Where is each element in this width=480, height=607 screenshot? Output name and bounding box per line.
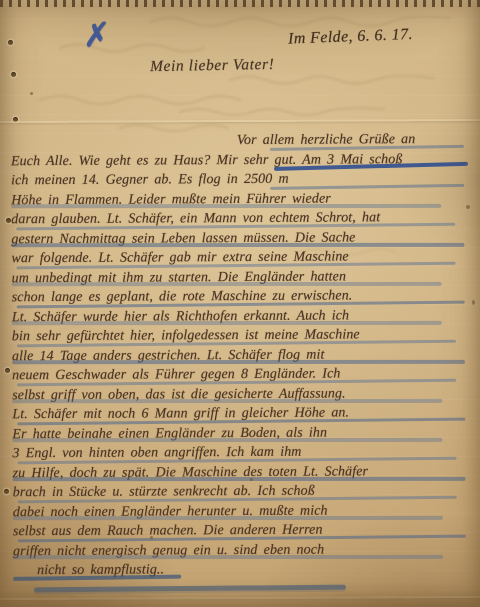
letter-line: neuem Geschwader als Führer gegen 8 Engl… xyxy=(12,364,474,386)
letter-line: Er hatte beinahe einen Engländer zu Bode… xyxy=(12,422,474,444)
letter-line: 3 Engl. von hinten oben angriffen. Ich k… xyxy=(12,442,474,464)
letter-line: ich meinen 14. Gegner ab. Es flog in 250… xyxy=(11,169,473,191)
letter-line: Vor allem herzliche Grüße an xyxy=(11,130,473,152)
blue-x-mark: ✗ xyxy=(84,16,110,55)
letter-line: Höhe in Flammen. Leider mußte mein Führe… xyxy=(11,188,473,210)
paper-speck xyxy=(250,478,253,481)
letter-body: Vor allem herzliche Grüße anEuch Alle. W… xyxy=(11,130,475,581)
letter-line: gestern Nachmittag sein Leben lassen müs… xyxy=(11,227,473,249)
paper-speck xyxy=(30,92,33,95)
letter-line: selbst griff von oben, das ist die gesic… xyxy=(12,383,474,405)
letter-line: dabei noch einen Engländer herunter u. m… xyxy=(13,500,475,522)
letter-line: schon lange es geplant, die rote Maschin… xyxy=(12,286,474,308)
letter-line: brach in Stücke u. stürzte senkrecht ab.… xyxy=(13,481,475,503)
paper-speck xyxy=(150,536,153,539)
letter-line: Lt. Schäfer wurde hier als Richthofen er… xyxy=(12,305,474,327)
letter-line: um unbedingt mit ihm zu starten. Die Eng… xyxy=(12,266,474,288)
paper-speck xyxy=(466,205,470,209)
letter-line: zu Hilfe, doch zu spät. Die Maschine des… xyxy=(13,461,475,483)
letter-line: daran glauben. Lt. Schäfer, ein Mann von… xyxy=(11,208,473,230)
salutation: Mein lieber Vater! xyxy=(150,56,275,76)
letter-line: selbst aus dem Rauch machen. Die anderen… xyxy=(13,520,475,542)
letter-scan: ✗ Im Felde, 6. 6. 17. Mein lieber Vater!… xyxy=(0,0,480,607)
letter-line: griffen nicht energisch genug ein u. sin… xyxy=(13,539,475,561)
letter-line: war folgende. Lt. Schäfer gab mir extra … xyxy=(11,247,473,269)
letter-line: bin sehr gefürchtet hier, infolgedessen … xyxy=(12,325,474,347)
paper-speck xyxy=(472,300,475,305)
letter-line: Lt. Schäfer mit noch 6 Mann griff in gle… xyxy=(12,403,474,425)
letter-line: alle 14 Tage anders gestrichen. Lt. Schä… xyxy=(12,344,474,366)
letter-line: Euch Alle. Wie geht es zu Haus? Mir sehr… xyxy=(11,149,473,171)
letter-line: nicht so kampflustig.. xyxy=(13,559,475,581)
